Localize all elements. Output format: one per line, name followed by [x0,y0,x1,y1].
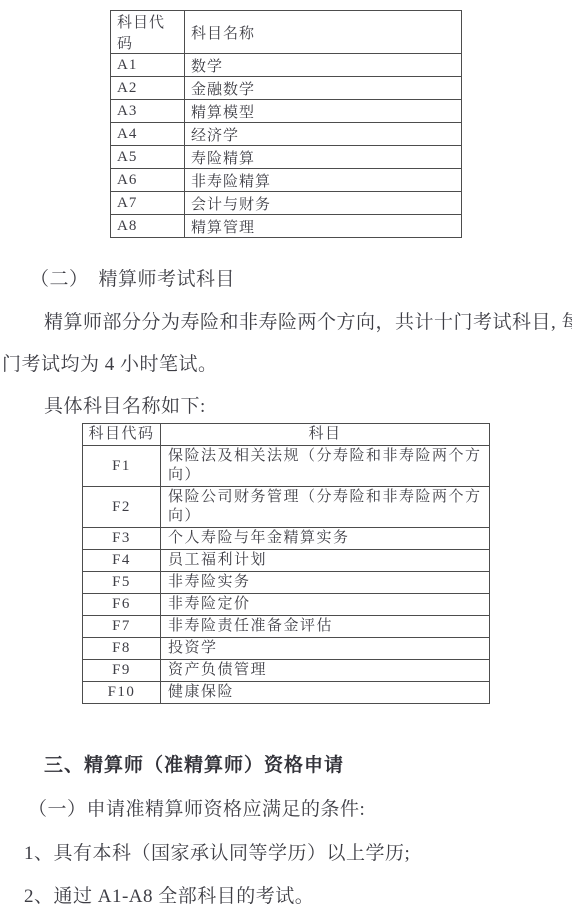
subject-code: F3 [83,528,161,550]
subject-code: F4 [83,550,161,572]
subject-code: A8 [111,215,185,238]
table-row: F9 资产负债管理 [83,660,490,682]
table-header-row: 科目代码 科目 [83,424,490,446]
document-page: 科目代码 科目名称 A1 数学 A2 金融数学 A3 精算模型 A4 经济学 A… [0,0,572,909]
table-row: F3 个人寿险与年金精算实务 [83,528,490,550]
subject-code: A7 [111,192,185,215]
table-row: F8 投资学 [83,638,490,660]
subject-name: 健康保险 [161,682,490,704]
table-row: A7 会计与财务 [111,192,462,215]
subject-name: 投资学 [161,638,490,660]
subject-name: 个人寿险与年金精算实务 [161,528,490,550]
subject-name: 非寿险定价 [161,594,490,616]
subject-name: 非寿险实务 [161,572,490,594]
table-row: F6 非寿险定价 [83,594,490,616]
table-row: F10 健康保险 [83,682,490,704]
exam-paragraph-line1: 精算师部分分为寿险和非寿险两个方向，共计十门考试科目, 每 [44,307,572,334]
table-row: A5 寿险精算 [111,146,462,169]
exam-paragraph-line2: 门考试均为 4 小时笔试。 [2,349,218,376]
subject-name: 非寿险精算 [185,169,462,192]
table-row: A1 数学 [111,54,462,77]
apply-condition-item-1: 1、具有本科（国家承认同等学历）以上学历; [24,838,410,865]
associate-subjects-table: 科目代码 科目名称 A1 数学 A2 金融数学 A3 精算模型 A4 经济学 A… [110,10,462,238]
subject-code: F8 [83,638,161,660]
subject-name: 经济学 [185,123,462,146]
subject-code: F1 [83,446,161,487]
subject-name: 金融数学 [185,77,462,100]
subject-code: A3 [111,100,185,123]
fellow-subjects-table: 科目代码 科目 F1 保险法及相关法规（分寿险和非寿险两个方向） F2 保险公司… [82,423,490,704]
subject-code: A2 [111,77,185,100]
subject-name: 保险法及相关法规（分寿险和非寿险两个方向） [161,446,490,487]
table-row: F5 非寿险实务 [83,572,490,594]
subject-name: 寿险精算 [185,146,462,169]
table-row: A3 精算模型 [111,100,462,123]
header-subject-name: 科目名称 [185,11,462,54]
header-subject-code: 科目代码 [111,11,185,54]
table-row: A2 金融数学 [111,77,462,100]
subject-code: F9 [83,660,161,682]
table-row: F4 员工福利计划 [83,550,490,572]
table-row: F7 非寿险责任准备金评估 [83,616,490,638]
exam-lead-text: 具体科目名称如下: [44,391,206,418]
subject-name: 精算管理 [185,215,462,238]
section-exam-heading: （二） 精算师考试科目 [30,264,235,291]
subject-code: A5 [111,146,185,169]
subject-name: 精算模型 [185,100,462,123]
subject-name: 数学 [185,54,462,77]
subject-name: 会计与财务 [185,192,462,215]
subject-code: F5 [83,572,161,594]
subject-code: F10 [83,682,161,704]
subject-name: 员工福利计划 [161,550,490,572]
subject-code: F2 [83,487,161,528]
table-row: F2 保险公司财务管理（分寿险和非寿险两个方向） [83,487,490,528]
header-subject-name: 科目 [161,424,490,446]
table-row: A4 经济学 [111,123,462,146]
subject-code: A6 [111,169,185,192]
apply-condition-intro: （一）申请准精算师资格应满足的条件: [28,794,365,821]
header-subject-code: 科目代码 [83,424,161,446]
subject-code: F7 [83,616,161,638]
subject-code: A4 [111,123,185,146]
table-row: A6 非寿险精算 [111,169,462,192]
subject-name: 资产负债管理 [161,660,490,682]
subject-code: F6 [83,594,161,616]
subject-name: 非寿险责任准备金评估 [161,616,490,638]
table-row: A8 精算管理 [111,215,462,238]
table-header-row: 科目代码 科目名称 [111,11,462,54]
apply-condition-item-2: 2、通过 A1-A8 全部科目的考试。 [24,881,314,908]
table-row: F1 保险法及相关法规（分寿险和非寿险两个方向） [83,446,490,487]
subject-code: A1 [111,54,185,77]
subject-name: 保险公司财务管理（分寿险和非寿险两个方向） [161,487,490,528]
section-apply-heading: 三、精算师（准精算师）资格申请 [44,750,344,777]
